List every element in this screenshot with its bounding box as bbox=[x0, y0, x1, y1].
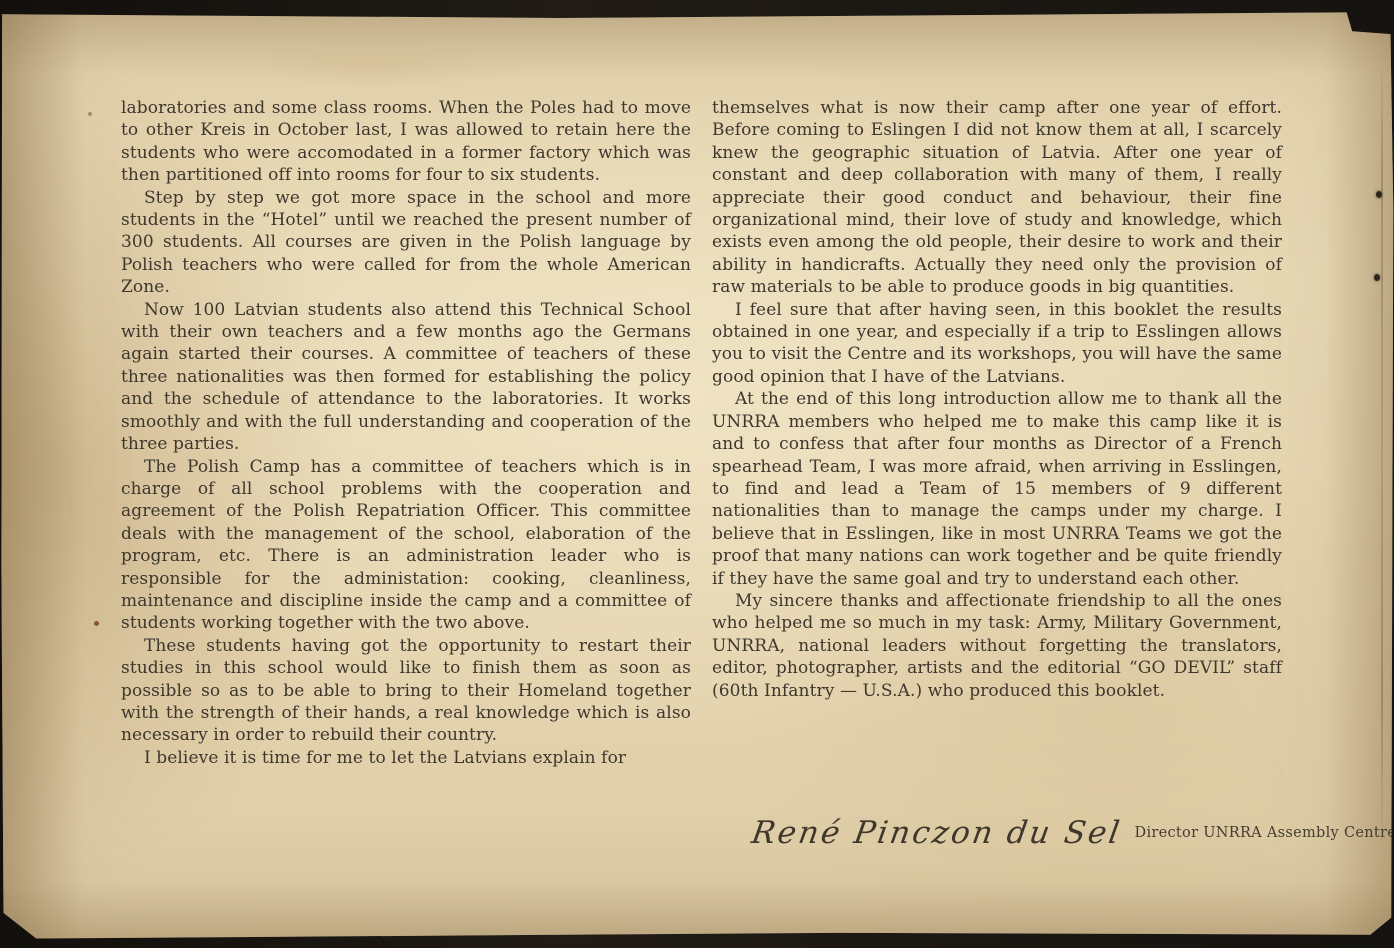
paper-aging-blotch bbox=[240, 40, 500, 88]
paragraph: themselves what is now their camp after … bbox=[712, 97, 1282, 299]
paragraph: These students having got the opportunit… bbox=[121, 635, 691, 747]
paragraph: I feel sure that after having seen, in t… bbox=[712, 299, 1282, 389]
paragraph: At the end of this long introduction all… bbox=[712, 388, 1282, 590]
right-text-column: themselves what is now their camp after … bbox=[712, 97, 1282, 702]
signature-name: René Pinczon du Sel bbox=[749, 815, 1124, 851]
paragraph: Step by step we got more space in the sc… bbox=[121, 187, 691, 299]
paragraph: The Polish Camp has a committee of teach… bbox=[121, 456, 691, 635]
paragraph: My sincere thanks and affectionate frien… bbox=[712, 590, 1282, 702]
binding-stitch-dot bbox=[1374, 274, 1380, 281]
paragraph: laboratories and some class rooms. When … bbox=[121, 97, 691, 187]
paragraph: I believe it is time for me to let the L… bbox=[121, 747, 691, 769]
left-text-column: laboratories and some class rooms. When … bbox=[121, 97, 691, 769]
signature-title: Director UNRRA Assembly Centre Esslingen bbox=[1135, 825, 1394, 841]
paper-speck bbox=[94, 621, 99, 626]
signature-block: René Pinczon du Sel Director UNRRA Assem… bbox=[752, 815, 1312, 851]
scanned-booklet-page: laboratories and some class rooms. When … bbox=[0, 0, 1394, 948]
paragraph: Now 100 Latvian students also attend thi… bbox=[121, 299, 691, 456]
binding-stitch-dot bbox=[1376, 191, 1382, 198]
paper-sheet: laboratories and some class rooms. When … bbox=[0, 0, 1394, 948]
paper-speck bbox=[88, 112, 92, 116]
binding-crease bbox=[1381, 55, 1383, 855]
